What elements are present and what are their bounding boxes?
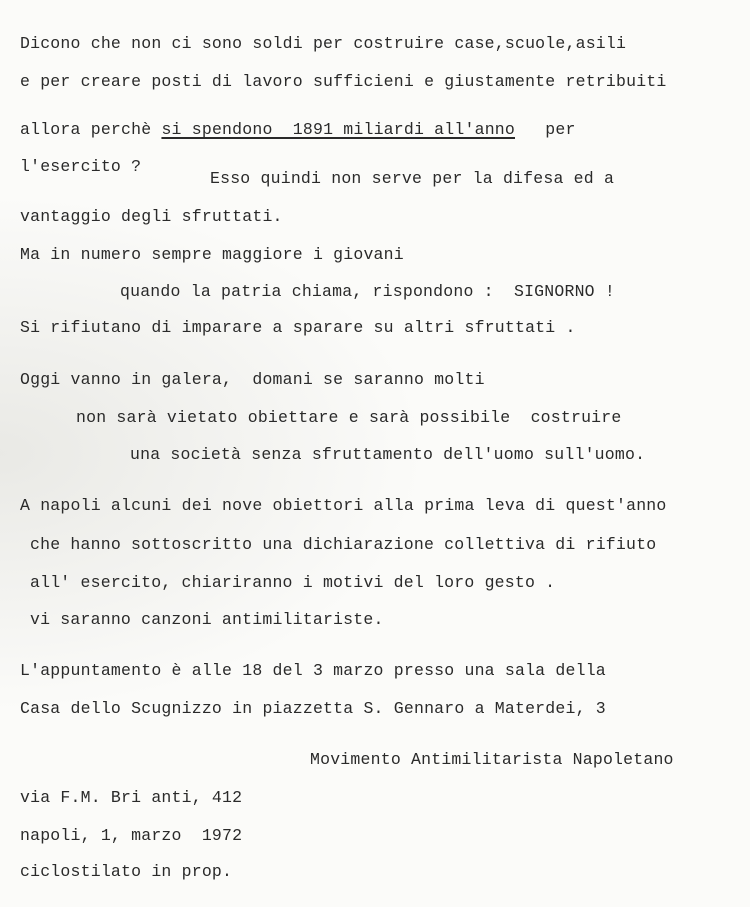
text-line: Ma in numero sempre maggiore i giovani (20, 245, 404, 265)
text-line: L'appuntamento è alle 18 del 3 marzo pre… (20, 661, 606, 681)
text-line: quando la patria chiama, rispondono : SI… (120, 282, 615, 302)
text-line: vantaggio degli sfruttati. (20, 207, 283, 227)
underlined-text: si spendono 1891 miliardi all'anno (161, 120, 515, 139)
text-line: che hanno sottoscritto una dichiarazione… (30, 535, 656, 555)
text-line: Dicono che non ci sono soldi per costrui… (20, 34, 626, 54)
text-line: Si rifiutano di imparare a sparare su al… (20, 318, 576, 338)
text-line: Casa dello Scugnizzo in piazzetta S. Gen… (20, 699, 606, 719)
text-line: e per creare posti di lavoro sufficieni … (20, 72, 667, 92)
text-line: non sarà vietato obiettare e sarà possib… (76, 408, 622, 428)
text-segment: per (515, 120, 576, 139)
text-line: l'esercito ? (20, 157, 141, 177)
text-line: Esso quindi non serve per la difesa ed a (210, 169, 614, 189)
date-line: napoli, 1, marzo 1972 (20, 826, 242, 846)
print-note: ciclostilato in prop. (20, 862, 232, 882)
text-line: A napoli alcuni dei nove obiettori alla … (20, 496, 667, 516)
typewritten-leaflet: Dicono che non ci sono soldi per costrui… (0, 0, 750, 907)
signature: Movimento Antimilitarista Napoletano (310, 750, 674, 770)
text-line: una società senza sfruttamento dell'uomo… (130, 445, 645, 465)
text-line: allora perchè si spendono 1891 miliardi … (20, 120, 576, 140)
text-segment: allora perchè (20, 120, 161, 139)
address: via F.M. Bri anti, 412 (20, 788, 242, 808)
text-line: Oggi vanno in galera, domani se saranno … (20, 370, 485, 390)
text-line: all' esercito, chiariranno i motivi del … (30, 573, 555, 593)
text-line: vi saranno canzoni antimilitariste. (30, 610, 384, 630)
